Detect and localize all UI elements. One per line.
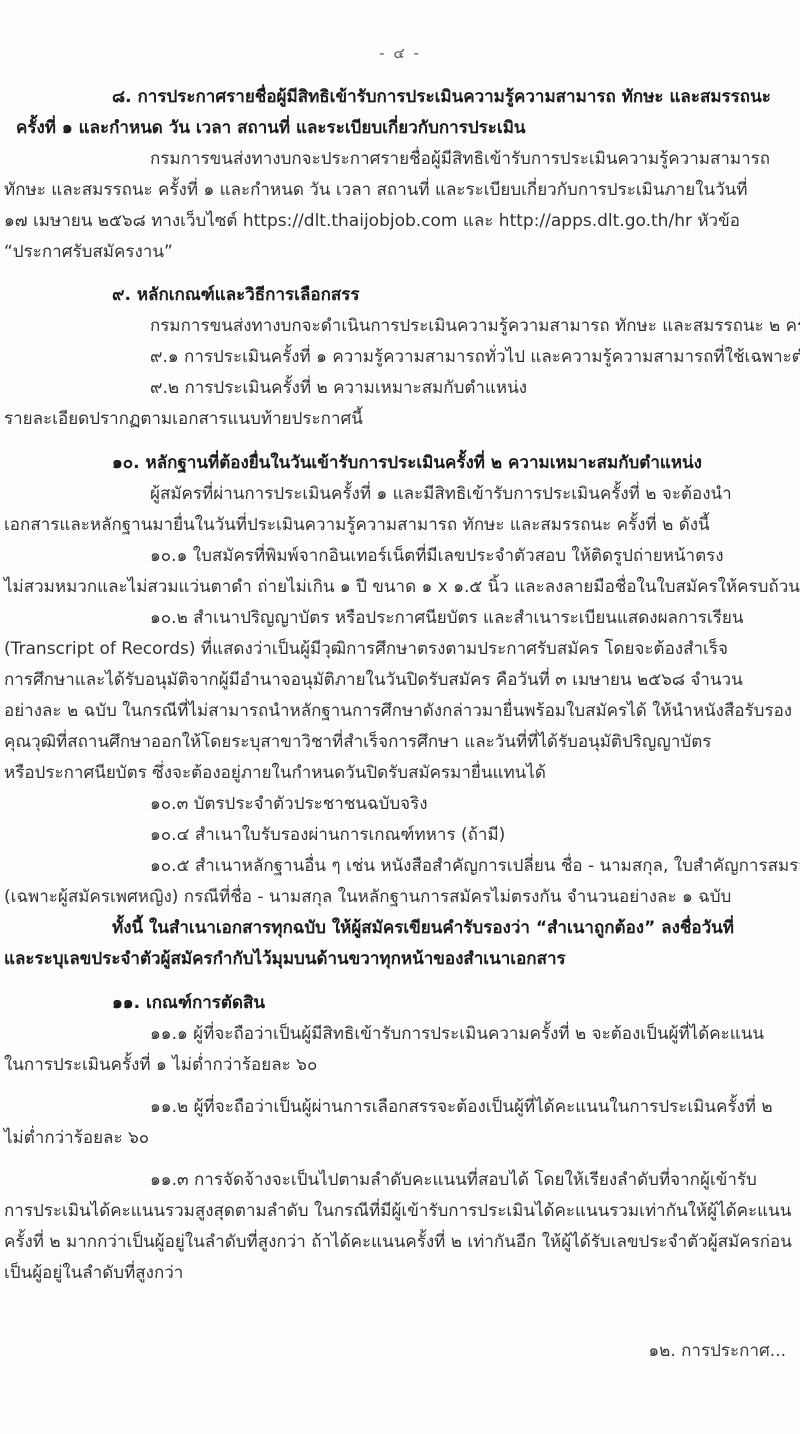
scanned-document-page: - ๔ - ๘. การประกาศรายชื่อผู้มีสิทธิเข้าร… bbox=[0, 0, 800, 1434]
text-line-sec8: “ประกาศรับสมัครงาน” bbox=[4, 237, 800, 268]
text-line-sec10: ๑๐.๕ สำเนาหลักฐานอื่น ๆ เช่น หนังสือสำคั… bbox=[150, 851, 800, 882]
text-line-sec9: ๙. หลักเกณฑ์และวิธีการเลือกสรร bbox=[112, 280, 800, 311]
text-line-sec10: หรือประกาศนียบัตร ซึ่งจะต้องอยู่ภายในกำห… bbox=[4, 758, 800, 789]
text-line-sec11: การประเมินได้คะแนนรวมสูงสุดตามลำดับ ในกร… bbox=[4, 1196, 800, 1227]
text-line-sec8: ทักษะ และสมรรถนะ ครั้งที่ ๑ และกำหนด วัน… bbox=[4, 175, 800, 206]
text-line-sec10: ผู้สมัครที่ผ่านการประเมินครั้งที่ ๑ และม… bbox=[150, 479, 800, 510]
text-line-sec10: และระบุเลขประจำตัวผู้สมัครกำกับไว้มุมบนด… bbox=[4, 944, 800, 975]
text-line-sec11: ไม่ต่ำกว่าร้อยละ ๖๐ bbox=[4, 1123, 800, 1154]
continuation-note: ๑๒. การประกาศ... bbox=[0, 1337, 800, 1364]
page-number: - ๔ - bbox=[0, 0, 800, 66]
text-line-sec9: กรมการขนส่งทางบกจะดำเนินการประเมินความรู… bbox=[150, 311, 800, 342]
text-line-sec9: รายละเอียดปรากฏตามเอกสารแนบท้ายประกาศนี้ bbox=[4, 404, 800, 435]
text-line-sec10: ไม่สวมหมวกและไม่สวมแว่นตาดำ ถ่ายไม่เกิน … bbox=[4, 572, 800, 603]
text-line-sec10: การศึกษาและได้รับอนุมัติจากผู้มีอำนาจอนุ… bbox=[4, 665, 800, 696]
text-line-sec10: ๑๐.๔ สำเนาใบรับรองผ่านการเกณฑ์ทหาร (ถ้าม… bbox=[150, 820, 800, 851]
text-line-sec10: อย่างละ ๒ ฉบับ ในกรณีที่ไม่สามารถนำหลักฐ… bbox=[4, 696, 800, 727]
text-line-sec10: ๑๐. หลักฐานที่ต้องยื่นในวันเข้ารับการประ… bbox=[112, 448, 800, 479]
text-line-sec9: ๙.๒ การประเมินครั้งที่ ๒ ความเหมาะสมกับต… bbox=[150, 373, 800, 404]
text-line-sec8: ๑๗ เมษายน ๒๕๖๘ ทางเว็บไซต์ https://dlt.t… bbox=[4, 206, 800, 237]
text-line-sec11: ๑๑.๒ ผู้ที่จะถือว่าเป็นผู้ผ่านการเลือกสร… bbox=[150, 1092, 800, 1123]
text-line-sec11: ในการประเมินครั้งที่ ๑ ไม่ต่ำกว่าร้อยละ … bbox=[4, 1050, 800, 1081]
text-line-sec10: ๑๐.๒ สำเนาปริญญาบัตร หรือประกาศนียบัตร แ… bbox=[150, 603, 800, 634]
text-line-sec10: (Transcript of Records) ที่แสดงว่าเป็นผู… bbox=[4, 634, 800, 665]
text-line-sec11: เป็นผู้อยู่ในลำดับที่สูงกว่า bbox=[4, 1258, 800, 1289]
document-body: ๘. การประกาศรายชื่อผู้มีสิทธิเข้ารับการป… bbox=[0, 66, 800, 1289]
text-line-sec11: ๑๑.๑ ผู้ที่จะถือว่าเป็นผู้มีสิทธิเข้ารับ… bbox=[150, 1019, 800, 1050]
text-line-sec10: เอกสารและหลักฐานมายื่นในวันที่ประเมินควา… bbox=[4, 510, 800, 541]
text-line-sec10: ทั้งนี้ ในสำเนาเอกสารทุกฉบับ ให้ผู้สมัคร… bbox=[112, 913, 800, 944]
text-line-sec10: (เฉพาะผู้สมัครเพศหญิง) กรณีที่ชื่อ - นาม… bbox=[4, 882, 800, 913]
text-line-sec9: ๙.๑ การประเมินครั้งที่ ๑ ความรู้ความสามา… bbox=[150, 342, 800, 373]
text-line-sec8: ๘. การประกาศรายชื่อผู้มีสิทธิเข้ารับการป… bbox=[112, 82, 800, 113]
text-line-sec10: ๑๐.๑ ใบสมัครที่พิมพ์จากอินเทอร์เน็ตที่มี… bbox=[150, 541, 800, 572]
text-line-sec11: ๑๑. เกณฑ์การตัดสิน bbox=[112, 988, 800, 1019]
text-line-sec10: คุณวุฒิที่สถานศึกษาออกให้โดยระบุสาขาวิชา… bbox=[4, 727, 800, 758]
text-line-sec11: ครั้งที่ ๒ มากกว่าเป็นผู้อยู่ในลำดับที่ส… bbox=[4, 1227, 800, 1258]
text-line-sec8: กรมการขนส่งทางบกจะประกาศรายชื่อผู้มีสิทธ… bbox=[150, 144, 800, 175]
text-line-sec8: ครั้งที่ ๑ และกำหนด วัน เวลา สถานที่ และ… bbox=[16, 113, 800, 144]
text-line-sec11: ๑๑.๓ การจัดจ้างจะเป็นไปตามลำดับคะแนนที่ส… bbox=[150, 1165, 800, 1196]
text-line-sec10: ๑๐.๓ บัตรประจำตัวประชาชนฉบับจริง bbox=[150, 789, 800, 820]
